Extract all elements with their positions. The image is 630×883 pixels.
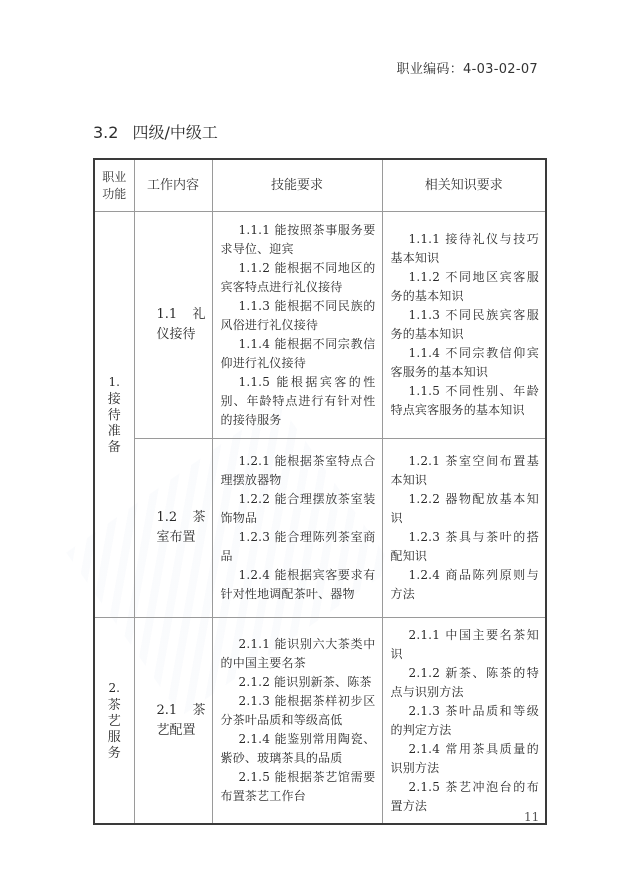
knowledge-item: 1.2.4 商品陈列原则与方法 [391,566,540,604]
function-number: 1. [95,373,134,392]
knowledge-item: 2.1.3 茶叶品质和等级的判定方法 [391,702,540,740]
skill-item: 1.1.4 能根据不同宗教信仰进行礼仪接待 [221,335,376,373]
occupation-code: 职业编码：4-03-02-07 [397,58,538,77]
knowledge-item: 1.2.1 茶室空间布置基本知识 [391,452,540,490]
knowledge-item: 2.1.1 中国主要名茶知识 [391,626,540,664]
skill-item: 1.1.3 能根据不同民族的风俗进行礼仪接待 [221,297,376,335]
table-row: 2. 茶艺服务 2.1 茶艺配置 2.1.1 能识别六大茶类中的中国主要名茶 2… [94,618,546,825]
skills-cell: 2.1.1 能识别六大茶类中的中国主要名茶 2.1.2 能识别新茶、陈茶 2.1… [212,618,382,825]
knowledge-item: 1.2.2 器物配放基本知识 [391,490,540,528]
skills-table: 职业功能 工作内容 技能要求 相关知识要求 1. 接待准备 1.1 礼仪接待 1… [93,158,547,825]
table-row: 1.2 茶室布置 1.2.1 能根据茶室特点合理摆放器物 1.2.2 能合理摆放… [94,439,546,618]
skill-item: 1.2.3 能合理陈列茶室商品 [221,528,376,566]
function-label: 接待准备 [107,392,121,456]
work-content-cell: 2.1 茶艺配置 [134,618,212,825]
skill-item: 2.1.5 能根据茶艺馆需要布置茶艺工作台 [221,768,376,806]
skill-item: 1.1.1 能按照茶事服务要求导位、迎宾 [221,221,376,259]
knowledge-item: 2.1.4 常用茶具质量的识别方法 [391,740,540,778]
column-header-work: 工作内容 [134,159,212,212]
skill-item: 1.2.2 能合理摆放茶室装饰物品 [221,490,376,528]
work-content-cell: 1.1 礼仪接待 [134,212,212,439]
function-cell: 1. 接待准备 [94,212,134,618]
knowledge-item: 2.1.2 新茶、陈茶的特点与识别方法 [391,664,540,702]
work-title: 1.1 礼仪接待 [143,305,206,345]
work-content-cell: 1.2 茶室布置 [134,439,212,618]
skill-item: 2.1.2 能识别新茶、陈茶 [221,673,376,692]
column-header-skills: 技能要求 [212,159,382,212]
knowledge-cell: 1.1.1 接待礼仪与技巧基本知识 1.1.2 不同地区宾客服务的基本知识 1.… [382,212,546,439]
skills-table-container: 职业功能 工作内容 技能要求 相关知识要求 1. 接待准备 1.1 礼仪接待 1… [93,158,545,825]
knowledge-item: 1.1.3 不同民族宾客服务的基本知识 [391,306,540,344]
column-header-function: 职业功能 [94,159,134,212]
section-title: 四级/中级工 [132,123,217,142]
knowledge-item: 2.1.5 茶艺冲泡台的布置方法 [391,778,540,816]
column-header-knowledge: 相关知识要求 [382,159,546,212]
skill-item: 2.1.3 能根据茶样初步区分茶叶品质和等级高低 [221,692,376,730]
skills-cell: 1.1.1 能按照茶事服务要求导位、迎宾 1.1.2 能根据不同地区的宾客特点进… [212,212,382,439]
skill-item: 1.1.5 能根据宾客的性别、年龄特点进行有针对性的接待服务 [221,373,376,430]
knowledge-cell: 1.2.1 茶室空间布置基本知识 1.2.2 器物配放基本知识 1.2.3 茶具… [382,439,546,618]
table-row: 1. 接待准备 1.1 礼仪接待 1.1.1 能按照茶事服务要求导位、迎宾 1.… [94,212,546,439]
section-heading: 3.2四级/中级工 [93,120,218,143]
knowledge-item: 1.1.2 不同地区宾客服务的基本知识 [391,268,540,306]
knowledge-item: 1.2.3 茶具与茶叶的搭配知识 [391,528,540,566]
knowledge-item: 1.1.4 不同宗教信仰宾客服务的基本知识 [391,344,540,382]
skill-item: 2.1.1 能识别六大茶类中的中国主要名茶 [221,635,376,673]
function-label: 茶艺服务 [107,698,121,762]
skills-cell: 1.2.1 能根据茶室特点合理摆放器物 1.2.2 能合理摆放茶室装饰物品 1.… [212,439,382,618]
work-title: 1.2 茶室布置 [143,508,206,548]
table-header-row: 职业功能 工作内容 技能要求 相关知识要求 [94,159,546,212]
knowledge-item: 1.1.5 不同性别、年龄特点宾客服务的基本知识 [391,382,540,420]
page-number: 11 [524,810,539,824]
section-number: 3.2 [93,123,118,142]
knowledge-item: 1.1.1 接待礼仪与技巧基本知识 [391,230,540,268]
skill-item: 1.2.4 能根据宾客要求有针对性地调配茶叶、器物 [221,566,376,604]
skill-item: 1.1.2 能根据不同地区的宾客特点进行礼仪接待 [221,259,376,297]
work-title: 2.1 茶艺配置 [143,701,206,741]
knowledge-cell: 2.1.1 中国主要名茶知识 2.1.2 新茶、陈茶的特点与识别方法 2.1.3… [382,618,546,825]
function-cell: 2. 茶艺服务 [94,618,134,825]
skill-item: 1.2.1 能根据茶室特点合理摆放器物 [221,452,376,490]
function-number: 2. [95,679,134,698]
skill-item: 2.1.4 能鉴别常用陶瓷、紫砂、玻璃茶具的品质 [221,730,376,768]
